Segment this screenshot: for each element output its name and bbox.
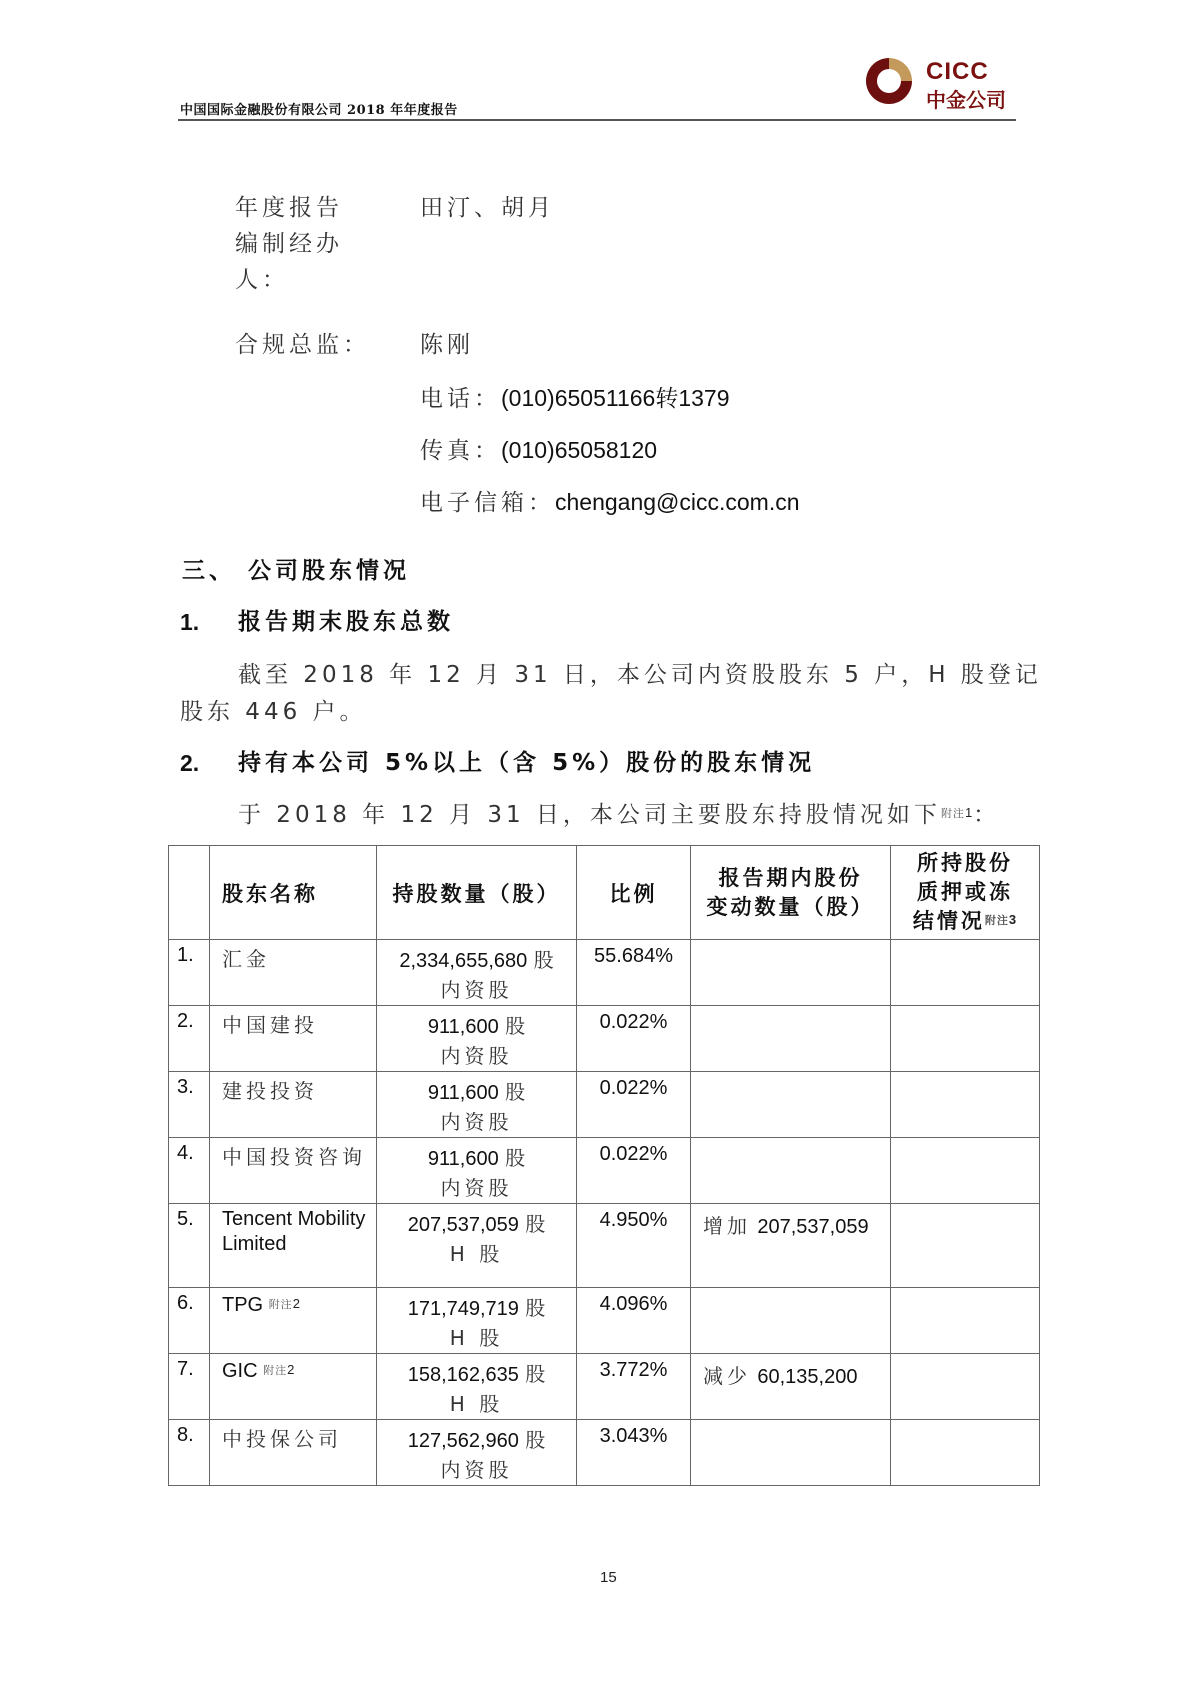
report-preparer-value: 田汀、胡月: [420, 190, 555, 226]
fax-line: 传真：(010)65058120: [420, 432, 657, 469]
report-preparer-label: 年度报告 编制经办 人：: [235, 190, 343, 298]
table-row: 7. GIC 附注2 158,162,635 股H 股 3.772% 减少 60…: [169, 1354, 1040, 1420]
table-row: 4. 中国投资咨询 911,600 股内资股 0.022%: [169, 1138, 1040, 1204]
footnote-ref: 附注1: [941, 807, 973, 820]
header-name: 股东名称: [210, 846, 377, 940]
table-row: 5. Tencent Mobility Limited 207,537,059 …: [169, 1204, 1040, 1288]
table-row: 3. 建投投资 911,600 股内资股 0.022%: [169, 1072, 1040, 1138]
subsection-1-title: 报告期末股东总数: [238, 604, 454, 640]
phone-line: 电话：(010)65051166转1379: [420, 380, 729, 417]
header-change: 报告期内股份变动数量（股）: [691, 846, 891, 940]
shareholders-table: 股东名称 持股数量（股） 比例 报告期内股份变动数量（股） 所持股份质押或冻 结…: [168, 845, 1040, 1486]
compliance-label: 合规总监：: [235, 327, 370, 363]
header-divider: [178, 119, 1016, 121]
subsection-1-number: 1.: [180, 604, 199, 641]
subsection-2-title: 持有本公司 5%以上（含 5%）股份的股东情况: [238, 745, 815, 781]
page-number: 15: [600, 1569, 617, 1586]
table-row: 1. 汇金 2,334,655,680 股内资股 55.684%: [169, 940, 1040, 1006]
header-pledge: 所持股份质押或冻 结情况附注3: [891, 846, 1040, 940]
email-line: 电子信箱：chengang@cicc.com.cn: [420, 484, 800, 521]
header-index: [169, 846, 210, 940]
table-header-row: 股东名称 持股数量（股） 比例 报告期内股份变动数量（股） 所持股份质押或冻 结…: [169, 846, 1040, 940]
header-shares: 持股数量（股）: [377, 846, 577, 940]
paragraph-1-line-2: 股东 446 户。: [180, 694, 367, 730]
fax-value: (010)65058120: [501, 437, 657, 463]
paragraph-2: 于 2018 年 12 月 31 日，本公司主要股东持股情况如下附注1：: [238, 797, 1000, 834]
table-row: 6. TPG 附注2 171,749,719 股H 股 4.096%: [169, 1288, 1040, 1354]
subsection-2-number: 2.: [180, 745, 199, 782]
table-row: 8. 中投保公司 127,562,960 股内资股 3.043%: [169, 1420, 1040, 1486]
logo-text-en: CICC: [926, 58, 989, 86]
header-ratio: 比例: [577, 846, 691, 940]
paragraph-1-line-1: 截至 2018 年 12 月 31 日，本公司内资股股东 5 户，H 股登记: [238, 657, 1042, 693]
cicc-logo-icon: [863, 57, 915, 105]
phone-value: (010)65051166转1379: [501, 385, 729, 411]
email-value: chengang@cicc.com.cn: [555, 489, 800, 515]
logo-text-zh: 中金公司: [926, 84, 1006, 113]
table-row: 2. 中国建投 911,600 股内资股 0.022%: [169, 1006, 1040, 1072]
report-header-title: 中国国际金融股份有限公司 2018 年年度报告: [180, 99, 458, 118]
compliance-value: 陈刚: [420, 327, 474, 363]
section-heading: 三、 公司股东情况: [182, 553, 410, 589]
